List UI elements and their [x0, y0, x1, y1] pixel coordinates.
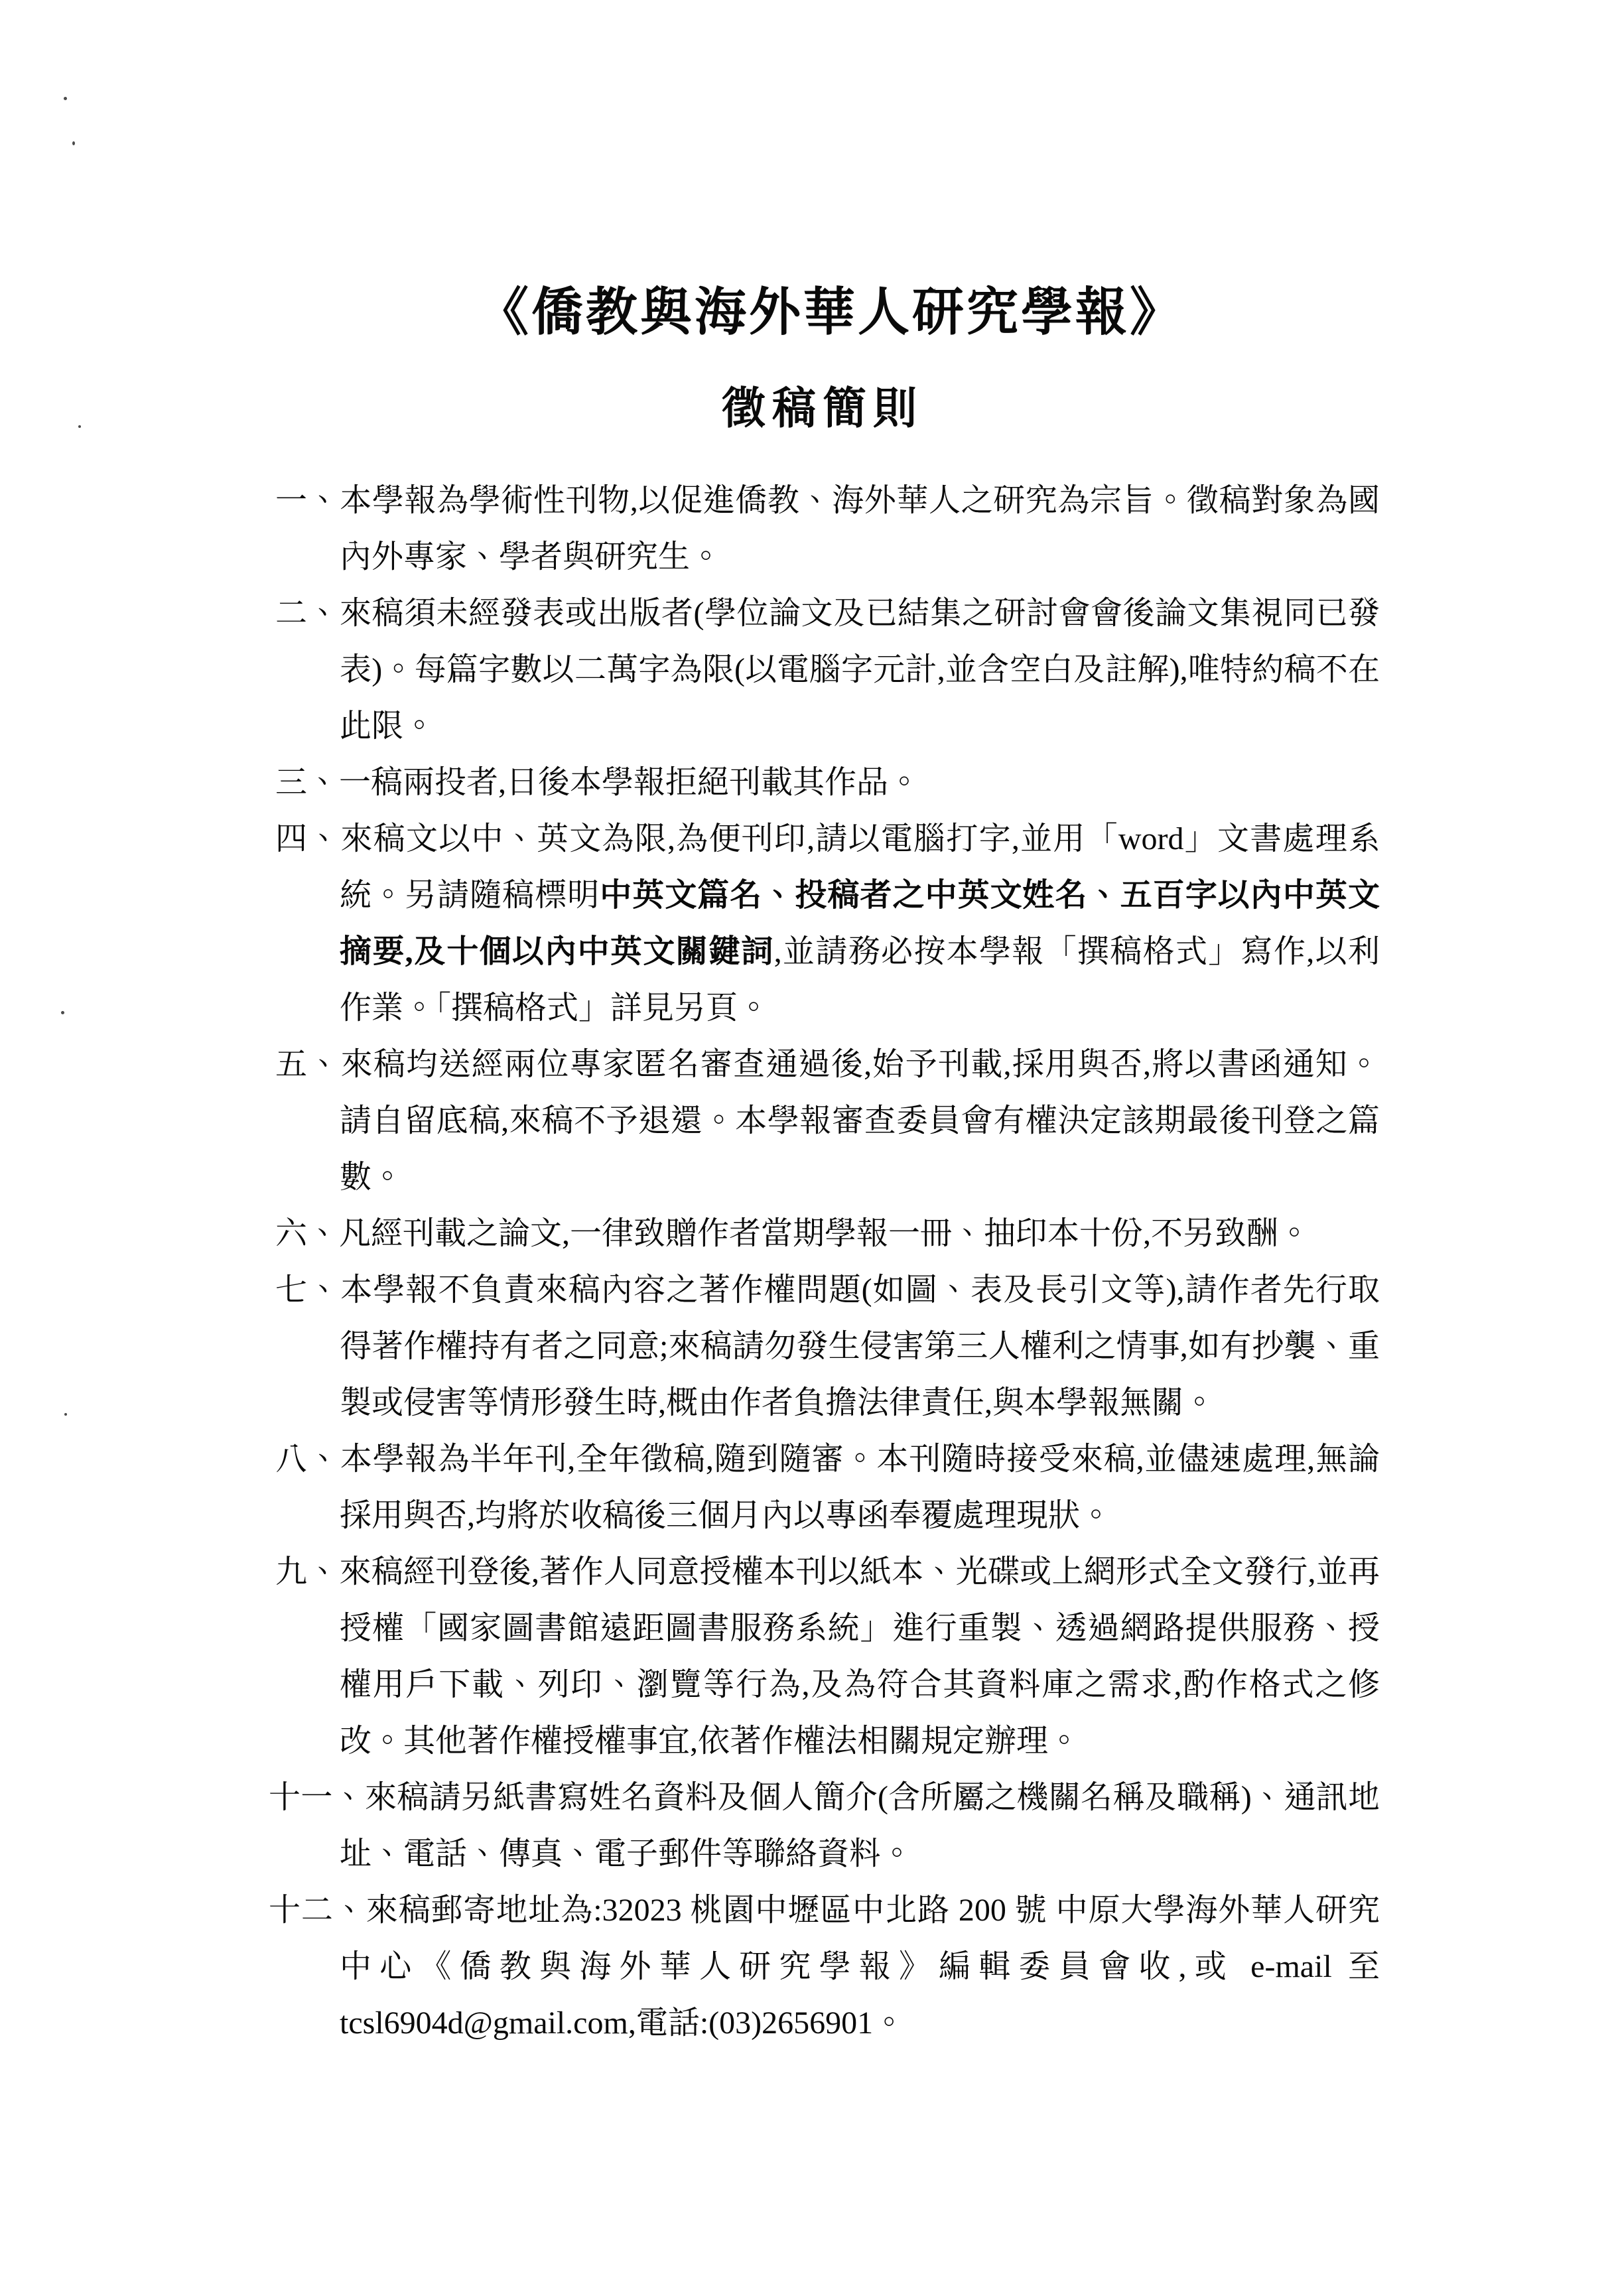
- list-item: 十一、來稿請另紙書寫姓名資料及個人簡介(含所屬之機關名稱及職稱)、通訊地址、電話…: [275, 1769, 1380, 1882]
- item-text-segment: 來稿郵寄地址為:32023 桃園中壢區中北路 200 號 中原大學海外華人研究中…: [340, 1893, 1380, 2041]
- list-item: 六、凡經刊載之論文,一律致贈作者當期學報一冊、抽印本十份,不另致酬。: [275, 1205, 1380, 1262]
- item-number: 四、: [275, 821, 341, 856]
- item-number: 八、: [275, 1442, 340, 1477]
- list-item: 二、來稿須未經發表或出版者(學位論文及已結集之研討會會後論文集視同已發表)。每篇…: [275, 585, 1380, 754]
- item-number: 七、: [275, 1272, 340, 1308]
- scan-speck: [78, 425, 81, 428]
- item-text-segment: 來稿經刊登後,著作人同意授權本刊以紙本、光碟或上網形式全文發行,並再授權「國家圖…: [340, 1554, 1380, 1759]
- item-text-segment: 本學報為半年刊,全年徵稿,隨到隨審。本刊隨時接受來稿,並儘速處理,無論採用與否,…: [340, 1442, 1380, 1533]
- list-item: 五、來稿均送經兩位專家匿名審查通過後,始予刊載,採用與否,將以書函通知。請自留底…: [275, 1036, 1380, 1205]
- item-text: 來稿郵寄地址為:32023 桃園中壢區中北路 200 號 中原大學海外華人研究中…: [340, 1893, 1380, 2041]
- item-number: 十一、: [269, 1780, 365, 1815]
- item-number: 三、: [275, 765, 339, 800]
- item-number: 十二、: [269, 1893, 366, 1928]
- list-item: 四、來稿文以中、英文為限,為便刊印,請以電腦打字,並用「word」文書處理系統。…: [275, 811, 1380, 1036]
- item-text-segment: 凡經刊載之論文,一律致贈作者當期學報一冊、抽印本十份,不另致酬。: [339, 1216, 1310, 1251]
- list-item: 十二、來稿郵寄地址為:32023 桃園中壢區中北路 200 號 中原大學海外華人…: [275, 1882, 1380, 2051]
- guidelines-list: 一、本學報為學術性刊物,以促進僑教、海外華人之研究為宗旨。徵稿對象為國內外專家、…: [275, 472, 1380, 2051]
- list-item: 一、本學報為學術性刊物,以促進僑教、海外華人之研究為宗旨。徵稿對象為國內外專家、…: [275, 472, 1380, 585]
- item-text-segment: 來稿請另紙書寫姓名資料及個人簡介(含所屬之機關名稱及職稱)、通訊地址、電話、傳真…: [340, 1780, 1380, 1871]
- item-number: 一、: [275, 483, 340, 518]
- item-number: 九、: [275, 1554, 340, 1589]
- item-text-segment: 來稿均送經兩位專家匿名審查通過後,始予刊載,採用與否,將以書函通知。請自留底稿,…: [340, 1047, 1380, 1195]
- item-text: 來稿經刊登後,著作人同意授權本刊以紙本、光碟或上網形式全文發行,並再授權「國家圖…: [340, 1554, 1380, 1759]
- scan-speck: [61, 1011, 64, 1014]
- item-text-segment: 本學報不負責來稿內容之著作權問題(如圖、表及長引文等),請作者先行取得著作權持有…: [340, 1272, 1380, 1420]
- item-number: 五、: [275, 1047, 341, 1082]
- scan-speck: [64, 1413, 67, 1416]
- item-text: 本學報為學術性刊物,以促進僑教、海外華人之研究為宗旨。徵稿對象為國內外專家、學者…: [340, 483, 1380, 574]
- item-text: 來稿須未經發表或出版者(學位論文及已結集之研討會會後論文集視同已發表)。每篇字數…: [340, 596, 1380, 744]
- item-text: 來稿文以中、英文為限,為便刊印,請以電腦打字,並用「word」文書處理系統。另請…: [340, 821, 1380, 1026]
- item-number: 六、: [275, 1216, 339, 1251]
- scan-speck: [72, 141, 75, 145]
- list-item: 七、本學報不負責來稿內容之著作權問題(如圖、表及長引文等),請作者先行取得著作權…: [275, 1262, 1380, 1431]
- item-text-segment: 本學報為學術性刊物,以促進僑教、海外華人之研究為宗旨。徵稿對象為國內外專家、學者…: [340, 483, 1380, 574]
- list-item: 三、一稿兩投者,日後本學報拒絕刊載其作品。: [275, 754, 1380, 811]
- journal-title: 《僑教與海外華人研究學報》: [0, 0, 1608, 338]
- item-text-segment: 一稿兩投者,日後本學報拒絕刊載其作品。: [339, 765, 920, 800]
- item-text: 一稿兩投者,日後本學報拒絕刊載其作品。: [339, 765, 920, 800]
- item-text: 本學報為半年刊,全年徵稿,隨到隨審。本刊隨時接受來稿,並儘速處理,無論採用與否,…: [340, 1442, 1380, 1533]
- document-page: 《僑教與海外華人研究學報》 徵稿簡則 一、本學報為學術性刊物,以促進僑教、海外華…: [0, 0, 1608, 2296]
- item-text: 來稿請另紙書寫姓名資料及個人簡介(含所屬之機關名稱及職稱)、通訊地址、電話、傳真…: [340, 1780, 1380, 1871]
- item-text: 來稿均送經兩位專家匿名審查通過後,始予刊載,採用與否,將以書函通知。請自留底稿,…: [340, 1047, 1380, 1195]
- item-number: 二、: [275, 596, 340, 631]
- item-text: 本學報不負責來稿內容之著作權問題(如圖、表及長引文等),請作者先行取得著作權持有…: [340, 1272, 1380, 1420]
- item-text-segment: 來稿須未經發表或出版者(學位論文及已結集之研討會會後論文集視同已發表)。每篇字數…: [340, 596, 1380, 744]
- list-item: 八、本學報為半年刊,全年徵稿,隨到隨審。本刊隨時接受來稿,並儘速處理,無論採用與…: [275, 1431, 1380, 1544]
- scan-speck: [64, 97, 67, 100]
- list-item: 九、來稿經刊登後,著作人同意授權本刊以紙本、光碟或上網形式全文發行,並再授權「國…: [275, 1544, 1380, 1769]
- item-text: 凡經刊載之論文,一律致贈作者當期學報一冊、抽印本十份,不另致酬。: [339, 1216, 1310, 1251]
- page-subtitle: 徵稿簡則: [0, 338, 1608, 431]
